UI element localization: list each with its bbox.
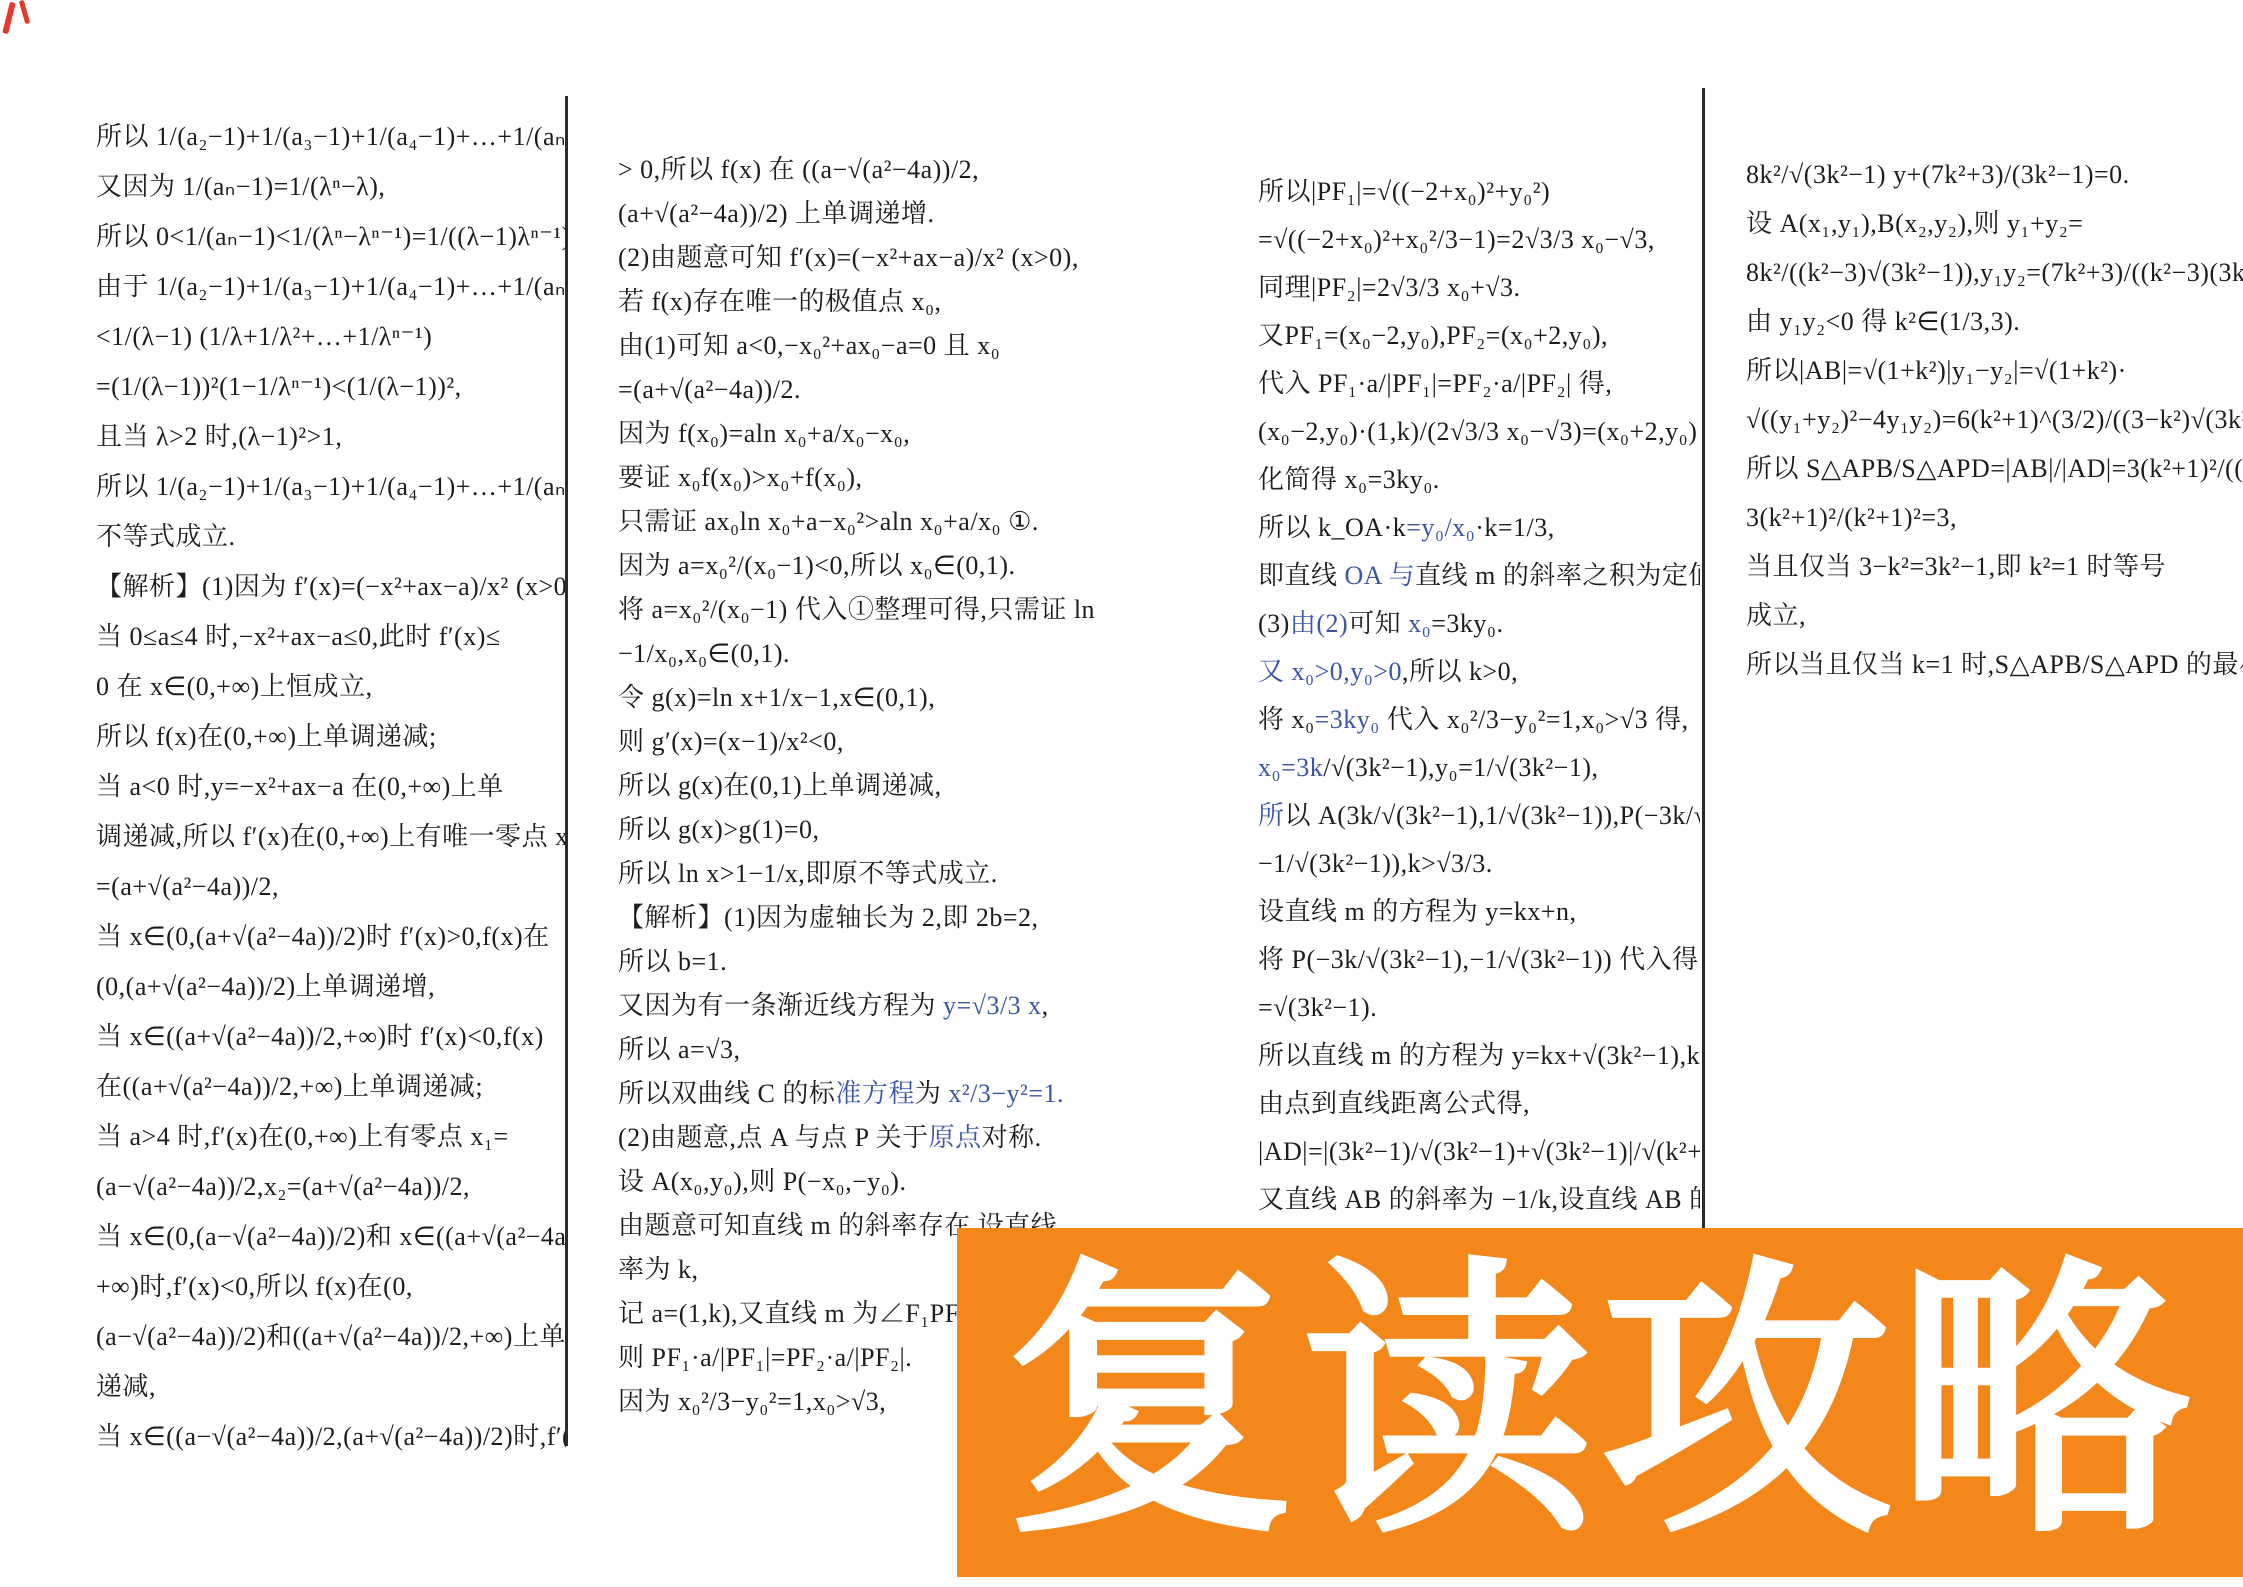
printed-text: 19.【解析】(1)因为虚轴长为 2,即 2b=2, bbox=[618, 903, 1038, 932]
text-line: 因为 a=x₀²/(x₀−1)<0,所以 x₀∈(0,1). bbox=[618, 544, 1100, 588]
printed-text: 当且仅当 3−k²=3k²−1,即 k²=1 时等号 bbox=[1746, 552, 2166, 581]
printed-text: 由于 1/(a₂−1)+1/(a₃−1)+1/(a₄−1)+…+1/(aₙ−1) bbox=[96, 272, 566, 301]
printed-text: 所以 S△APB/S△APD=|AB|/|AD|=3(k²+1)²/((3−k²… bbox=[1746, 454, 2243, 483]
printed-text: 所以 g(x)>g(1)=0, bbox=[618, 815, 819, 844]
printed-text: 0 在 x∈(0,+∞)上恒成立, bbox=[96, 672, 373, 701]
text-line: 设直线 m 的方程为 y=kx+n, bbox=[1258, 888, 1700, 936]
blue-pen-annotation: y=√3/3 x bbox=[943, 991, 1042, 1020]
text-line: 所以|AB|=√(1+k²)|y₁−y₂|=√(1+k²)· bbox=[1746, 346, 2243, 395]
blue-pen-annotation: 准方程 bbox=[835, 1079, 915, 1108]
scanned-math-solutions-page: 所以 1/(a₂−1)+1/(a₃−1)+1/(a₄−1)+…+1/(aₙ−1)… bbox=[0, 0, 2243, 1587]
text-line: 当 x∈(0,(a−√(a²−4a))/2)和 x∈((a+√(a²−4a))/… bbox=[96, 1212, 566, 1262]
printed-text: 当 a>4 时,f′(x)在(0,+∞)上有零点 x₁= bbox=[96, 1122, 509, 1151]
text-line: =(1/(λ−1))²(1−1/λⁿ⁻¹)<(1/(λ−1))², bbox=[96, 362, 566, 412]
printed-text: =√((−2+x₀)²+x₀²/3−1)=2√3/3 x₀−√3, bbox=[1258, 225, 1655, 254]
text-line: 当 x∈(0,(a+√(a²−4a))/2)时 f′(x)>0,f(x)在 bbox=[96, 912, 566, 962]
text-line: =√((−2+x₀)²+x₀²/3−1)=2√3/3 x₀−√3, bbox=[1258, 216, 1700, 264]
blue-pen-annotation: x²/3−y²=1. bbox=[948, 1079, 1064, 1108]
printed-text: 不等式成立. bbox=[96, 522, 236, 551]
text-line: 又直线 AB 的斜率为 −1/k,设直线 AB 的方程 bbox=[1258, 1176, 1700, 1224]
text-line: 由 y₁y₂<0 得 k²∈(1/3,3). bbox=[1746, 297, 2243, 346]
printed-text: −1/√(3k²−1)),k>√3/3. bbox=[1258, 849, 1493, 878]
printed-text: 调递减,所以 f′(x)在(0,+∞)上有唯一零点 x bbox=[96, 822, 566, 851]
printed-text: 又因为 1/(aₙ−1)=1/(λⁿ−λ), bbox=[96, 172, 385, 201]
blue-pen-annotation: 原点 bbox=[929, 1123, 982, 1152]
printed-text: <1/(λ−1) (1/λ+1/λ²+…+1/λⁿ⁻¹) bbox=[96, 322, 432, 351]
text-line: 3(k²+1)²/(k²+1)²=3, bbox=[1746, 493, 2243, 542]
solution-column-3: 所以|PF₁|=√((−2+x₀)²+y₀²)=√((−2+x₀)²+x₀²/3… bbox=[1258, 168, 1700, 1224]
printed-text: =(1/(λ−1))²(1−1/λⁿ⁻¹)<(1/(λ−1))², bbox=[96, 372, 462, 401]
text-line: 所以 g(x)在(0,1)上单调递减, bbox=[618, 764, 1100, 808]
text-line: =(a+√(a²−4a))/2, bbox=[96, 862, 566, 912]
text-line: 又PF₁=(x₀−2,y₀),PF₂=(x₀+2,y₀), bbox=[1258, 312, 1700, 360]
printed-text: √((y₁+y₂)²−4y₁y₂)=6(k²+1)^(3/2)/((3−k²)√… bbox=[1746, 405, 2243, 434]
text-line: 即直线 OA 与直线 m 的斜率之积为定值. bbox=[1258, 552, 1700, 600]
blue-pen-annotation: =y₀/x₀ bbox=[1406, 513, 1475, 542]
text-line: 所以 g(x)>g(1)=0, bbox=[618, 808, 1100, 852]
printed-text: 所以当且仅当 k=1 时,S△APB/S△APD 的最小值为 3. bbox=[1746, 650, 2243, 679]
printed-text: 又直线 AB 的斜率为 −1/k,设直线 AB 的方程 bbox=[1258, 1185, 1700, 1214]
printed-text: 令 g(x)=ln x+1/x−1,x∈(0,1), bbox=[618, 683, 935, 712]
text-line: 所以 b=1. bbox=[618, 940, 1100, 984]
printed-text: 设直线 m 的方程为 y=kx+n, bbox=[1258, 897, 1577, 926]
text-line: 递减, bbox=[96, 1362, 566, 1412]
blue-pen-annotation: =3ky₀ bbox=[1315, 705, 1380, 734]
text-line: 由(1)可知 a<0,−x₀²+ax₀−a=0 且 x₀ bbox=[618, 324, 1100, 368]
printed-text: 又因为有一条渐近线方程为 bbox=[618, 991, 943, 1020]
text-line: > 0,所以 f(x) 在 ((a−√(a²−4a))/2, bbox=[618, 148, 1100, 192]
printed-text: 对称. bbox=[982, 1123, 1042, 1152]
text-line: (a−√(a²−4a))/2)和((a+√(a²−4a))/2,+∞)上单调 bbox=[96, 1312, 566, 1362]
printed-text: (2)由题意可知 f′(x)=(−x²+ax−a)/x² (x>0), bbox=[618, 243, 1079, 272]
text-line: 当 x∈((a+√(a²−4a))/2,+∞)时 f′(x)<0,f(x) bbox=[96, 1012, 566, 1062]
printed-text: 所以 f(x)在(0,+∞)上单调递减; bbox=[96, 722, 437, 751]
text-line: (a−√(a²−4a))/2,x₂=(a+√(a²−4a))/2, bbox=[96, 1162, 566, 1212]
text-line: −1/√(3k²−1)),k>√3/3. bbox=[1258, 840, 1700, 888]
printed-text: (x₀−2,y₀)·(1,k)/(2√3/3 x₀−√3)=(x₀+2,y₀)·… bbox=[1258, 417, 1700, 446]
printed-text: 直线 m 的斜率之积为定值. bbox=[1415, 561, 1700, 590]
printed-text: 因为 f(x₀)=aln x₀+a/x₀−x₀, bbox=[618, 419, 910, 448]
text-line: 8k²/√(3k²−1) y+(7k²+3)/(3k²−1)=0. bbox=[1746, 150, 2243, 199]
text-line: =(a+√(a²−4a))/2. bbox=[618, 368, 1100, 412]
printed-text: (2)由题意,点 A 与点 P 关于 bbox=[618, 1123, 929, 1152]
printed-text: 设 A(x₀,y₀),则 P(−x₀,−y₀). bbox=[618, 1167, 906, 1196]
printed-text: 只需证 ax₀ln x₀+a−x₀²>aln x₀+a/x₀ ①. bbox=[618, 507, 1039, 536]
printed-text: −1/x₀,x₀∈(0,1). bbox=[618, 639, 790, 668]
printed-text: ·k=1/3, bbox=[1475, 513, 1555, 542]
text-line: =√(3k²−1). bbox=[1258, 984, 1700, 1032]
printed-text: 为 bbox=[915, 1079, 949, 1108]
printed-text: 成立, bbox=[1746, 601, 1806, 630]
text-line: 若 f(x)存在唯一的极值点 x₀, bbox=[618, 280, 1100, 324]
text-line: 将 a=x₀²/(x₀−1) 代入①整理可得,只需证 ln x₀>1 bbox=[618, 588, 1100, 632]
text-line: 所以 1/(a₂−1)+1/(a₃−1)+1/(a₄−1)+…+1/(aₙ−1)… bbox=[96, 112, 566, 162]
text-line: 将 x₀=3ky₀ 代入 x₀²/3−y₀²=1,x₀>√3 得, bbox=[1258, 696, 1700, 744]
printed-text: > 0,所以 f(x) 在 ((a−√(a²−4a))/2, bbox=[618, 155, 979, 184]
text-line: 代入 PF₁·a/|PF₁|=PF₂·a/|PF₂| 得, bbox=[1258, 360, 1700, 408]
text-line: 设 A(x₁,y₁),B(x₂,y₂),则 y₁+y₂= bbox=[1746, 199, 2243, 248]
printed-text: 又PF₁=(x₀−2,y₀),PF₂=(x₀+2,y₀), bbox=[1258, 321, 1608, 350]
printed-text: 由点到直线距离公式得, bbox=[1258, 1089, 1530, 1118]
solution-column-4: 8k²/√(3k²−1) y+(7k²+3)/(3k²−1)=0.设 A(x₁,… bbox=[1746, 150, 2243, 689]
printed-text: 代入 PF₁·a/|PF₁|=PF₂·a/|PF₂| 得, bbox=[1258, 369, 1612, 398]
text-line: 化简得 x₀=3ky₀. bbox=[1258, 456, 1700, 504]
printed-text: 所以直线 m 的方程为 y=kx+√(3k²−1),k>√3/3. bbox=[1258, 1041, 1700, 1070]
text-line: 当且仅当 3−k²=3k²−1,即 k²=1 时等号 bbox=[1746, 542, 2243, 591]
blue-pen-annotation: 由(2) bbox=[1290, 609, 1348, 638]
text-line: 当 x∈((a−√(a²−4a))/2,(a+√(a²−4a))/2)时,f′(… bbox=[96, 1412, 566, 1462]
printed-text: 所以|PF₁|=√((−2+x₀)²+y₀²) bbox=[1258, 177, 1550, 206]
printed-text: 所以 1/(a₂−1)+1/(a₃−1)+1/(a₄−1)+…+1/(aₙ−1)… bbox=[96, 122, 566, 151]
printed-text: =3ky₀. bbox=[1431, 609, 1503, 638]
text-line: 又因为 1/(aₙ−1)=1/(λⁿ−λ), bbox=[96, 162, 566, 212]
printed-text: 由 y₁y₂<0 得 k²∈(1/3,3). bbox=[1746, 307, 2020, 336]
printed-text: 所以 g(x)在(0,1)上单调递减, bbox=[618, 771, 942, 800]
printed-text: 所以 b=1. bbox=[618, 947, 727, 976]
text-line: (a+√(a²−4a))/2) 上单调递增. bbox=[618, 192, 1100, 236]
text-line: 又 x₀>0,y₀>0,所以 k>0, bbox=[1258, 648, 1700, 696]
printed-text: 当 x∈((a+√(a²−4a))/2,+∞)时 f′(x)<0,f(x) bbox=[96, 1022, 544, 1051]
printed-text: 将 x₀ bbox=[1258, 705, 1315, 734]
text-line: (x₀−2,y₀)·(1,k)/(2√3/3 x₀−√3)=(x₀+2,y₀)·… bbox=[1258, 408, 1700, 456]
text-line: 所以直线 m 的方程为 y=kx+√(3k²−1),k>√3/3. bbox=[1258, 1032, 1700, 1080]
text-line: 所以 k_OA·k=y₀/x₀·k=1/3, bbox=[1258, 504, 1700, 552]
printed-text: (3) bbox=[1258, 609, 1290, 638]
printed-text: 则 PF₁·a/|PF₁|=PF₂·a/|PF₂|. bbox=[618, 1343, 912, 1372]
text-line: 所以 1/(a₂−1)+1/(a₃−1)+1/(a₄−1)+…+1/(aₙ−1)… bbox=[96, 462, 566, 512]
printed-text: 由(1)可知 a<0,−x₀²+ax₀−a=0 且 x₀ bbox=[618, 331, 1000, 360]
printed-text: 当 0≤a≤4 时,−x²+ax−a≤0,此时 f′(x)≤ bbox=[96, 622, 501, 651]
text-line: √((y₁+y₂)²−4y₁y₂)=6(k²+1)^(3/2)/((3−k²)√… bbox=[1746, 395, 2243, 444]
column-divider bbox=[1702, 88, 1705, 1228]
text-line: 8k²/((k²−3)√(3k²−1)),y₁y₂=(7k²+3)/((k²−3… bbox=[1746, 248, 2243, 297]
printed-text: =(a+√(a²−4a))/2, bbox=[96, 872, 279, 901]
printed-text: 同理|PF₂|=2√3/3 x₀+√3. bbox=[1258, 273, 1521, 302]
text-line: 所以 f(x)在(0,+∞)上单调递减; bbox=[96, 712, 566, 762]
printed-text: 递减, bbox=[96, 1372, 156, 1401]
text-line: 所以 a=√3, bbox=[618, 1028, 1100, 1072]
text-line: 要证 x₀f(x₀)>x₀+f(x₀), bbox=[618, 456, 1100, 500]
printed-text: 要证 x₀f(x₀)>x₀+f(x₀), bbox=[618, 463, 863, 492]
text-line: x₀=3k/√(3k²−1),y₀=1/√(3k²−1), bbox=[1258, 744, 1700, 792]
text-line: 只需证 ax₀ln x₀+a−x₀²>aln x₀+a/x₀ ①. bbox=[618, 500, 1100, 544]
text-line: 因为 f(x₀)=aln x₀+a/x₀−x₀, bbox=[618, 412, 1100, 456]
solution-column-1: 所以 1/(a₂−1)+1/(a₃−1)+1/(a₄−1)+…+1/(aₙ−1)… bbox=[96, 112, 566, 1462]
text-line: 将 P(−3k/√(3k²−1),−1/√(3k²−1)) 代入得 n bbox=[1258, 936, 1700, 984]
printed-text: /√(3k²−1),y₀=1/√(3k²−1), bbox=[1323, 753, 1598, 782]
printed-text: (a−√(a²−4a))/2)和((a+√(a²−4a))/2,+∞)上单调 bbox=[96, 1322, 566, 1351]
text-line: 所以 A(3k/√(3k²−1),1/√(3k²−1)),P(−3k/√(2k²… bbox=[1258, 792, 1700, 840]
text-line: 所以 S△APB/S△APD=|AB|/|AD|=3(k²+1)²/((3−k²… bbox=[1746, 444, 2243, 493]
printed-text: 所以 ln x>1−1/x,即原不等式成立. bbox=[618, 859, 998, 888]
printed-text: 所以|AB|=√(1+k²)|y₁−y₂|=√(1+k²)· bbox=[1746, 356, 2127, 385]
printed-text: (a+√(a²−4a))/2) 上单调递增. bbox=[618, 199, 935, 228]
printed-text: 当 x∈((a−√(a²−4a))/2,(a+√(a²−4a))/2)时,f′(… bbox=[96, 1422, 566, 1451]
text-line: 成立, bbox=[1746, 591, 2243, 640]
text-line: 则 g′(x)=(x−1)/x²<0, bbox=[618, 720, 1100, 764]
blue-pen-annotation: OA 与 bbox=[1345, 561, 1416, 590]
blue-pen-annotation: 所 bbox=[1258, 801, 1285, 830]
printed-text: 将 P(−3k/√(3k²−1),−1/√(3k²−1)) 代入得 n bbox=[1258, 945, 1700, 974]
printed-text: 所以双曲线 C 的标 bbox=[618, 1079, 835, 1108]
printed-text: 将 a=x₀²/(x₀−1) 代入①整理可得,只需证 ln x₀>1 bbox=[618, 595, 1100, 624]
text-line: 18.【解析】(1)因为 f′(x)=(−x²+ax−a)/x² (x>0), bbox=[96, 562, 566, 612]
text-line: 不等式成立. bbox=[96, 512, 566, 562]
printed-text: 化简得 x₀=3ky₀. bbox=[1258, 465, 1440, 494]
red-pen-mark bbox=[19, 0, 30, 24]
text-line: 当 a>4 时,f′(x)在(0,+∞)上有零点 x₁= bbox=[96, 1112, 566, 1162]
text-line: 又因为有一条渐近线方程为 y=√3/3 x, bbox=[618, 984, 1100, 1028]
printed-text: 所以 0<1/(aₙ−1)<1/(λⁿ−λⁿ⁻¹)=1/((λ−1)λⁿ⁻¹). bbox=[96, 222, 566, 251]
text-line: <1/(λ−1) (1/λ+1/λ²+…+1/λⁿ⁻¹) bbox=[96, 312, 566, 362]
text-line: |AD|=|(3k²−1)/√(3k²−1)+√(3k²−1)|/√(k²+1)… bbox=[1258, 1128, 1700, 1176]
printed-text: 则 g′(x)=(x−1)/x²<0, bbox=[618, 727, 844, 756]
text-line: (2)由题意,点 A 与点 P 关于原点对称. bbox=[618, 1116, 1100, 1160]
column-divider bbox=[565, 96, 568, 1446]
text-line: 19.【解析】(1)因为虚轴长为 2,即 2b=2, bbox=[618, 896, 1100, 940]
printed-text: 当 x∈(0,(a−√(a²−4a))/2)和 x∈((a+√(a²−4a))/… bbox=[96, 1222, 566, 1251]
printed-text: 3(k²+1)²/(k²+1)²=3, bbox=[1746, 503, 1957, 532]
printed-text: =√(3k²−1). bbox=[1258, 993, 1377, 1022]
printed-text: 所以 1/(a₂−1)+1/(a₃−1)+1/(a₄−1)+…+1/(aₙ−1)… bbox=[96, 472, 566, 501]
text-line: 当 a<0 时,y=−x²+ax−a 在(0,+∞)上单 bbox=[96, 762, 566, 812]
printed-text: 因为 x₀²/3−y₀²=1,x₀>√3, bbox=[618, 1387, 886, 1416]
text-line: 所以|PF₁|=√((−2+x₀)²+y₀²) bbox=[1258, 168, 1700, 216]
printed-text: =(a+√(a²−4a))/2. bbox=[618, 375, 801, 404]
promo-banner-text: 复读攻略 bbox=[1004, 1257, 2196, 1549]
printed-text: 18.【解析】(1)因为 f′(x)=(−x²+ax−a)/x² (x>0), bbox=[96, 572, 566, 601]
printed-text: 设 A(x₁,y₁),B(x₂,y₂),则 y₁+y₂= bbox=[1746, 209, 2083, 238]
printed-text: +∞)时,f′(x)<0,所以 f(x)在(0, bbox=[96, 1272, 413, 1301]
printed-text: 因为 a=x₀²/(x₀−1)<0,所以 x₀∈(0,1). bbox=[618, 551, 1016, 580]
blue-pen-annotation: x₀ bbox=[1408, 609, 1431, 638]
printed-text: 当 a<0 时,y=−x²+ax−a 在(0,+∞)上单 bbox=[96, 772, 504, 801]
text-line: 且当 λ>2 时,(λ−1)²>1, bbox=[96, 412, 566, 462]
promo-banner: 复读攻略 bbox=[957, 1228, 2243, 1577]
text-line: 设 A(x₀,y₀),则 P(−x₀,−y₀). bbox=[618, 1160, 1100, 1204]
red-pen-mark bbox=[2, 2, 16, 35]
printed-text: 当 x∈(0,(a+√(a²−4a))/2)时 f′(x)>0,f(x)在 bbox=[96, 922, 550, 951]
text-line: (2)由题意可知 f′(x)=(−x²+ax−a)/x² (x>0), bbox=[618, 236, 1100, 280]
blue-pen-annotation: x₀=3k bbox=[1258, 753, 1323, 782]
text-line: 所以 0<1/(aₙ−1)<1/(λⁿ−λⁿ⁻¹)=1/((λ−1)λⁿ⁻¹). bbox=[96, 212, 566, 262]
printed-text: (0,(a+√(a²−4a))/2)上单调递增, bbox=[96, 972, 435, 1001]
text-line: 所以当且仅当 k=1 时,S△APB/S△APD 的最小值为 3. bbox=[1746, 640, 2243, 689]
printed-text: 8k²/√(3k²−1) y+(7k²+3)/(3k²−1)=0. bbox=[1746, 160, 2130, 189]
printed-text: 所以 k_OA·k bbox=[1258, 513, 1406, 542]
printed-text: 即直线 bbox=[1258, 561, 1345, 590]
text-line: 所以双曲线 C 的标准方程为 x²/3−y²=1. bbox=[618, 1072, 1100, 1116]
text-line: 所以 ln x>1−1/x,即原不等式成立. bbox=[618, 852, 1100, 896]
printed-text: 8k²/((k²−3)√(3k²−1)),y₁y₂=(7k²+3)/((k²−3… bbox=[1746, 258, 2243, 287]
printed-text: 在((a+√(a²−4a))/2,+∞)上单调递减; bbox=[96, 1072, 483, 1101]
printed-text: 以 A(3k/√(3k²−1),1/√(3k²−1)),P(−3k/√(2k²−… bbox=[1285, 801, 1700, 830]
printed-text: 且当 λ>2 时,(λ−1)²>1, bbox=[96, 422, 342, 451]
text-line: 令 g(x)=ln x+1/x−1,x∈(0,1), bbox=[618, 676, 1100, 720]
text-line: 0 在 x∈(0,+∞)上恒成立, bbox=[96, 662, 566, 712]
text-line: 由点到直线距离公式得, bbox=[1258, 1080, 1700, 1128]
text-line: 同理|PF₂|=2√3/3 x₀+√3. bbox=[1258, 264, 1700, 312]
printed-text: 所以 a=√3, bbox=[618, 1035, 740, 1064]
text-line: 由于 1/(a₂−1)+1/(a₃−1)+1/(a₄−1)+…+1/(aₙ−1) bbox=[96, 262, 566, 312]
printed-text: (a−√(a²−4a))/2,x₂=(a+√(a²−4a))/2, bbox=[96, 1172, 470, 1201]
printed-text: 可知 bbox=[1348, 609, 1408, 638]
blue-pen-annotation: 又 x₀>0,y₀>0 bbox=[1258, 657, 1402, 686]
text-line: (0,(a+√(a²−4a))/2)上单调递增, bbox=[96, 962, 566, 1012]
printed-text: 若 f(x)存在唯一的极值点 x₀, bbox=[618, 287, 942, 316]
printed-text: |AD|=|(3k²−1)/√(3k²−1)+√(3k²−1)|/√(k²+1)… bbox=[1258, 1137, 1700, 1166]
text-line: (3)由(2)可知 x₀=3ky₀. bbox=[1258, 600, 1700, 648]
text-line: 在((a+√(a²−4a))/2,+∞)上单调递减; bbox=[96, 1062, 566, 1112]
text-line: −1/x₀,x₀∈(0,1). bbox=[618, 632, 1100, 676]
printed-text: , bbox=[1042, 991, 1049, 1020]
text-line: 调递减,所以 f′(x)在(0,+∞)上有唯一零点 x bbox=[96, 812, 566, 862]
text-line: +∞)时,f′(x)<0,所以 f(x)在(0, bbox=[96, 1262, 566, 1312]
printed-text: ,所以 k>0, bbox=[1402, 657, 1518, 686]
printed-text: 代入 x₀²/3−y₀²=1,x₀>√3 得, bbox=[1380, 705, 1689, 734]
text-line: 当 0≤a≤4 时,−x²+ax−a≤0,此时 f′(x)≤ bbox=[96, 612, 566, 662]
printed-text: 率为 k, bbox=[618, 1255, 699, 1284]
